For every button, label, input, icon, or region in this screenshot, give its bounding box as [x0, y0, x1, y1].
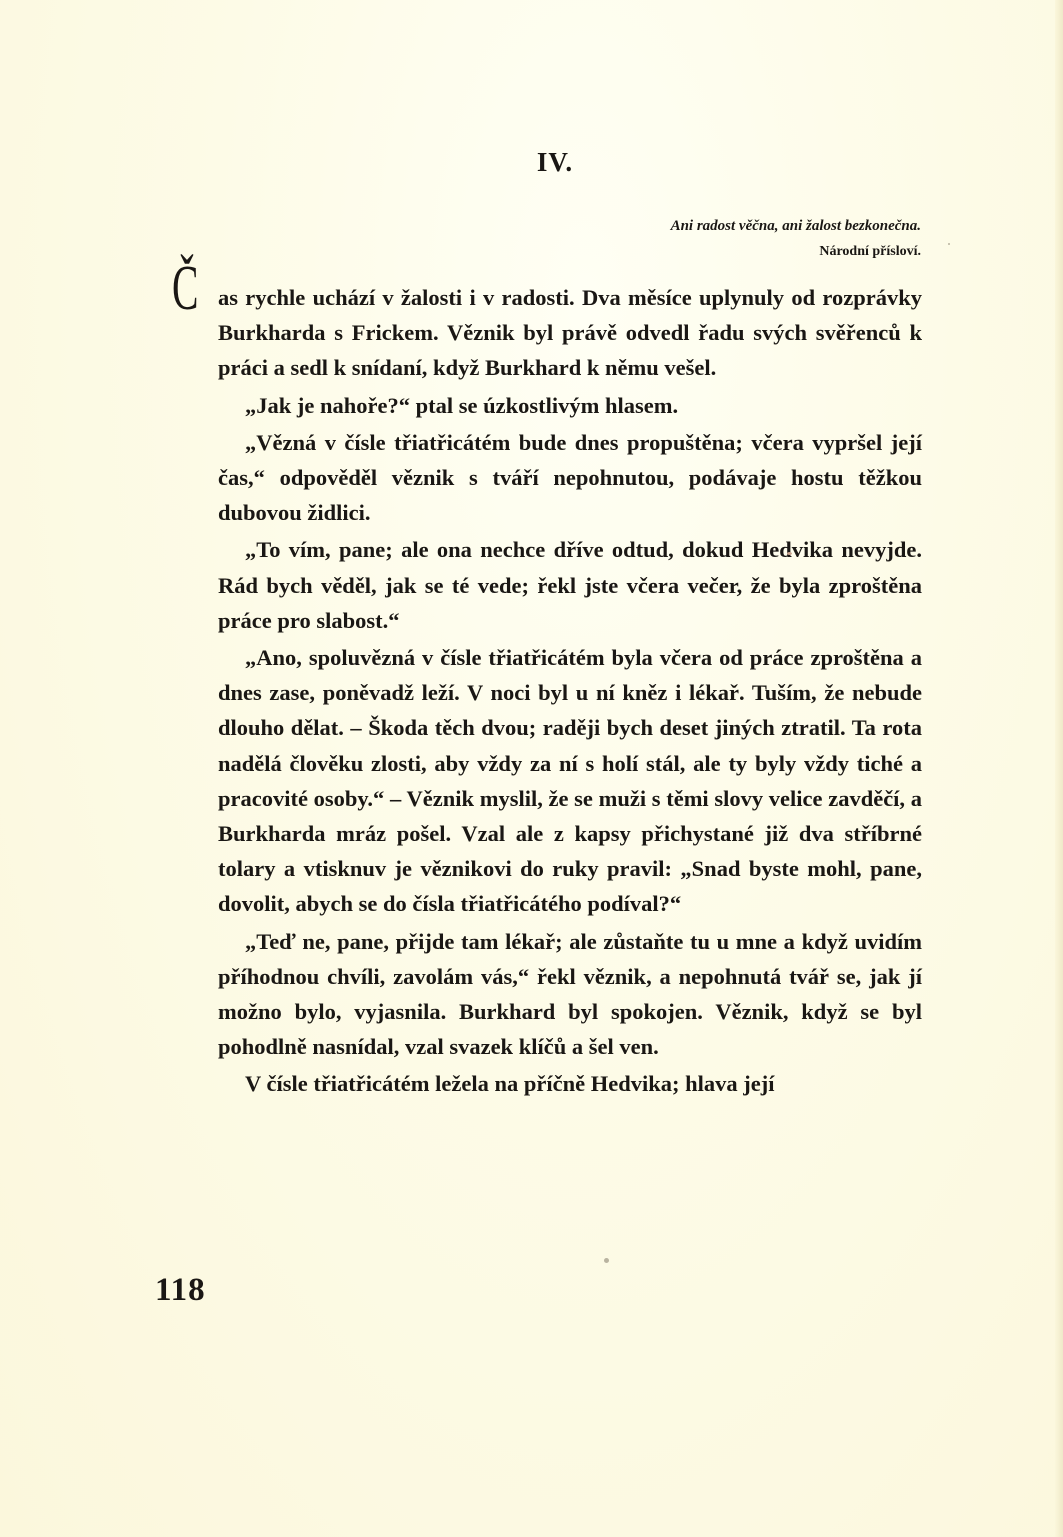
drop-cap: Č	[172, 256, 198, 320]
chapter-epigraph: Ani radost věčna, ani žalost bezkonečna.…	[671, 215, 921, 267]
paragraph-5: „Ano, spoluvězná v čísle třiatřicátém by…	[218, 640, 922, 922]
paragraph-2: „Jak je nahoře?“ ptal se úzkostlivým hla…	[218, 388, 922, 423]
paragraph-7: V čísle třiatřicátém ležela na příčně He…	[218, 1066, 922, 1101]
body-text: Čas rychle uchází v žalosti i v radosti.…	[218, 280, 922, 1102]
epigraph-quote: Ani radost věčna, ani žalost bezkonečna.	[671, 215, 921, 237]
paper-speck	[604, 1258, 609, 1263]
page-number: 118	[155, 1272, 206, 1309]
paragraph-3: „Vězná v čísle třiatřicátém bude dnes pr…	[218, 425, 922, 531]
paragraph-text: as rychle uchází v žalosti i v radosti. …	[218, 285, 922, 380]
paper-speck	[787, 552, 792, 555]
paragraph-6: „Teď ne, pane, přijde tam lékař; ale zůs…	[218, 924, 922, 1065]
epigraph-source: Národní přísloví.	[671, 237, 921, 267]
page-edge-shadow	[1055, 0, 1063, 1537]
paragraph-4: „To vím, pane; ale ona nechce dříve odtu…	[218, 532, 922, 638]
paragraph-1: Čas rychle uchází v žalosti i v radosti.…	[218, 280, 922, 386]
paper-speck	[948, 243, 950, 245]
chapter-heading: IV.	[0, 147, 1063, 178]
book-page: IV. Ani radost věčna, ani žalost bezkone…	[0, 0, 1063, 1537]
